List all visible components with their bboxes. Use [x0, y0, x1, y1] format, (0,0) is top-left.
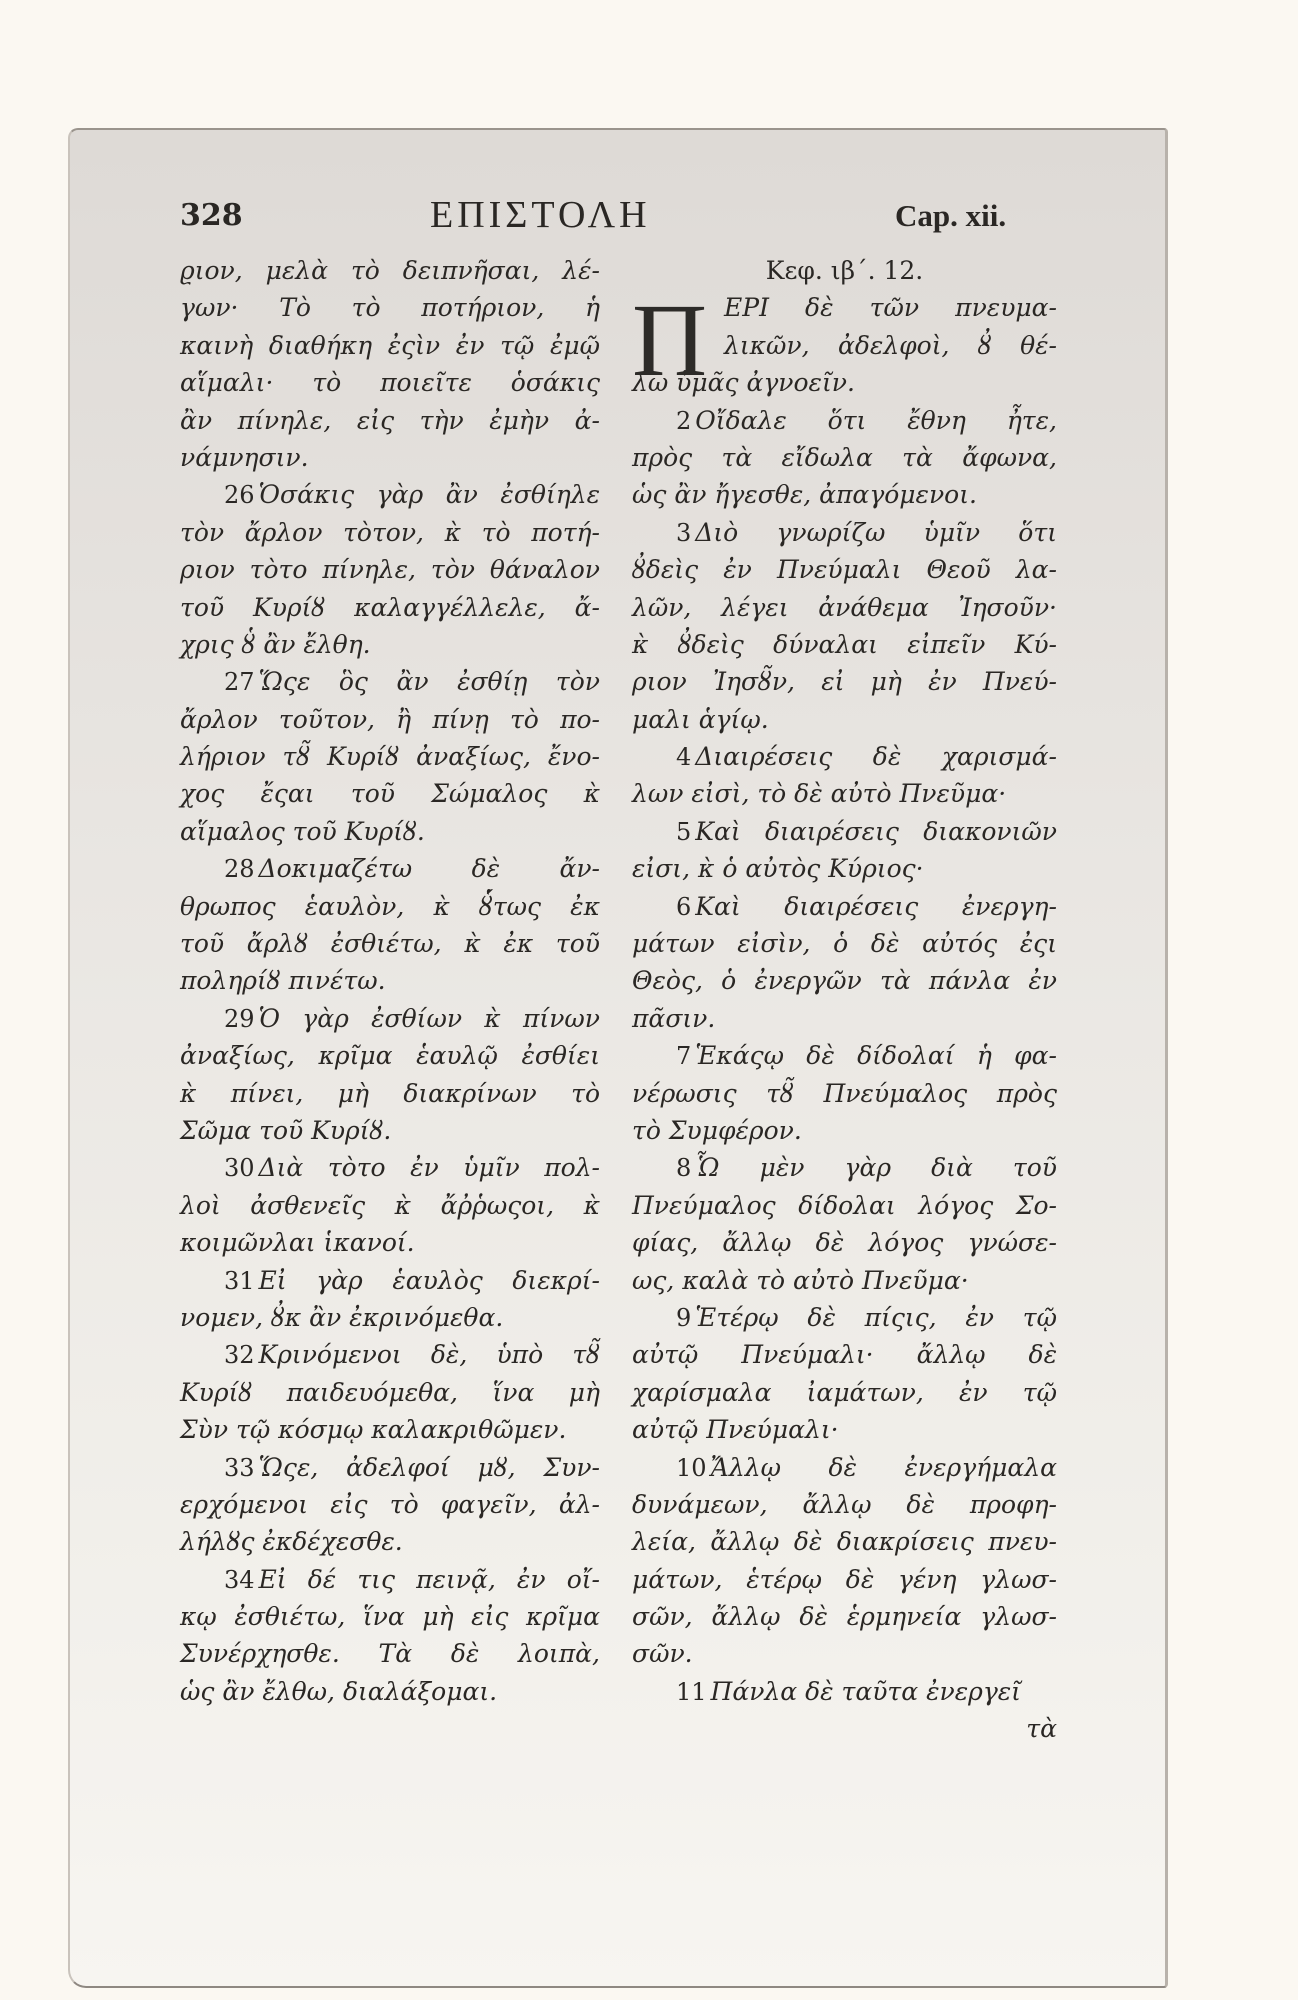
line-text: κ̀ πίνει, μὴ διακρίνων τὸ [180, 1079, 600, 1108]
line-text: Εἰ γὰρ ἑαυλὸς διεκρί- [259, 1266, 600, 1295]
line-text: λοὶ ἀσθενεῖς κ̀ ἄῤῥωςοι, κ̀ [180, 1191, 600, 1220]
line-text: ριον Ἰησȣ̃ν, εἰ μὴ ἐν Πνεύ- [632, 667, 1057, 696]
line-text: Εἰ δέ τις πεινᾷ, ἐν οἴ- [259, 1565, 600, 1594]
line-text: ἀναξίως, κρῖμα ἑαυλῷ ἐσθίει [180, 1041, 600, 1070]
line-text: καινὴ διαθήκη ἐςὶν ἐν τῷ ἐμῷ [180, 331, 600, 360]
text-line: εἰσι, κ̀ ὁ αὐτὸς Κύριος· [632, 850, 1057, 887]
verse-number: 28 [224, 855, 255, 883]
verse-number: 33 [224, 1454, 255, 1482]
line-text: κ̀ ȣ̓δεὶς δύναλαι εἰπεῖν Κύ- [632, 630, 1057, 659]
line-text: Δοκιμαζέτω δὲ ἄν- [259, 854, 600, 883]
line-text: τὸν ἄρλον τὸτον, κ̀ τὸ ποτή- [180, 518, 600, 547]
verse-number: 3 [676, 519, 691, 547]
line-text: λήλȣς ἐκδέχεσθε. [180, 1527, 403, 1556]
text-line: κ̀ ȣ̓δεὶς δύναλαι εἰπεῖν Κύ- [632, 626, 1057, 663]
line-text: Ὧ μὲν γὰρ διὰ τοῦ [695, 1153, 1057, 1182]
text-line: καινὴ διαθήκη ἐςὶν ἐν τῷ ἐμῷ [180, 327, 600, 364]
line-text: Ἑτέρῳ δὲ πίςις, ἐν τῷ [695, 1303, 1057, 1332]
line-text: τὸ Συμφέρον. [632, 1116, 802, 1145]
line-text: χαρίσμαλα ἰαμάτων, ἐν τῷ [632, 1378, 1057, 1407]
text-line: Πνεύμαλος δίδολαι λόγος Σο- [632, 1187, 1057, 1224]
text-line: ποληρίȣ πινέτω. [180, 962, 600, 999]
verse-number: 2 [676, 407, 691, 435]
line-text: Κυρίȣ παιδευόμεθα, ἵνα μὴ [180, 1378, 600, 1407]
line-text: πρὸς τὰ εἴδωλα τὰ ἄφωνα, [632, 443, 1057, 472]
line-text: Ὥςε, ἀδελφοί μȣ, Συν- [259, 1453, 600, 1482]
verse-line: 9Ἑτέρῳ δὲ πίςις, ἐν τῷ [632, 1299, 1057, 1336]
left-column: ϱιον, μελὰ τὸ δειπνῆσαι, λέ-γων· Τὸ τὸ π… [180, 252, 600, 1710]
line-text: Διὸ γνωρίζω ὑμῖν ὅτι [695, 518, 1057, 547]
text-line: ϱιον, μελὰ τὸ δειπνῆσαι, λέ- [180, 252, 600, 289]
right-column-lines: λω ὑμᾶς ἀγνοεῖν.2Οἴδαλε ὅτι ἔθνη ἦτε,πρὸ… [632, 364, 1057, 1710]
text-line: ως, καλὰ τὸ αὐτὸ Πνεῦμα· [632, 1262, 1057, 1299]
text-line: λήλȣς ἐκδέχεσθε. [180, 1523, 600, 1560]
line-text: ἂν πίνηλε, εἰς τὴν ἐμὴν ἀ- [180, 406, 600, 435]
verse-line: 3Διὸ γνωρίζω ὑμῖν ὅτι [632, 514, 1057, 551]
line-text: ὡς ἂν ἔλθω, διαλάξομαι. [180, 1677, 497, 1706]
line-text: θρωπος ἑαυλὸν, κ̀ ȣ̔́τως ἐκ [180, 892, 600, 921]
verse-line: 11Πάνλα δὲ ταῦτα ἐνεργεῖ [632, 1673, 1057, 1710]
verse-line: 7Ἑκάςῳ δὲ δίδολαί ἡ φα- [632, 1037, 1057, 1074]
line-text: Πάνλα δὲ ταῦτα ἐνεργεῖ [711, 1677, 1021, 1706]
text-line: λων εἰσὶ, τὸ δὲ αὐτὸ Πνεῦμα· [632, 775, 1057, 812]
line-text: εἰσι, κ̀ ὁ αὐτὸς Κύριος· [632, 854, 924, 883]
text-line: αὐτῷ Πνεύμαλι· [632, 1411, 1057, 1448]
page-number: 328 [180, 198, 243, 233]
text-line: ȣ̓δεὶς ἐν Πνεύμαλι Θεοῦ λα- [632, 551, 1057, 588]
drop-cap-block: Π ΕΡΙ δὲ τῶν πνευμα- λικῶν, ἀδελφοὶ, ȣ̓ … [632, 289, 1057, 364]
line-text: χος ἔςαι τοῦ Σώμαλος κ̀ [180, 779, 600, 808]
line-text: λῶν, λέγει ἀνάθεμα Ἰησοῦν· [632, 593, 1057, 622]
line-text: Διὰ τὸτο ἐν ὑμῖν πολ- [259, 1153, 600, 1182]
text-line: κ̀ πίνει, μὴ διακρίνων τὸ [180, 1075, 600, 1112]
text-line: νάμνησιν. [180, 439, 600, 476]
verse-line: 4Διαιρέσεις δὲ χαρισμά- [632, 738, 1057, 775]
verse-number: 6 [676, 893, 691, 921]
line-text: Ἑκάςῳ δὲ δίδολαί ἡ φα- [695, 1041, 1057, 1070]
verse-number: 4 [676, 743, 691, 771]
line-text: αἵμαλι· τὸ ποιεῖτε ὁσάκις [180, 368, 600, 397]
line-text: ϱιον, μελὰ τὸ δειπνῆσαι, λέ- [180, 256, 600, 285]
verse-line: 6Καὶ διαιρέσεις ἐνεργη- [632, 888, 1057, 925]
verse-line: 26Ὁσάκις γὰρ ἂν ἐσθίηλε [180, 476, 600, 513]
text-line: Σὺν τῷ κόσμῳ καλακριθῶμεν. [180, 1411, 600, 1448]
verse-number: 9 [676, 1304, 691, 1332]
line-text: Πνεύμαλος δίδολαι λόγος Σο- [632, 1191, 1057, 1220]
catchword: τὰ [632, 1710, 1057, 1747]
verse-number: 7 [676, 1042, 691, 1070]
line-text: Κρινόμενοι δὲ, ὑπὸ τȣ̃ [259, 1340, 600, 1369]
line-text: νέρωσις τȣ̃ Πνεύμαλος πρὸς [632, 1079, 1057, 1108]
text-line: Σῶμα τοῦ Κυρίȣ. [180, 1112, 600, 1149]
verse-line: 27Ὥςε ὃς ἂν ἐσθίῃ τὸν [180, 663, 600, 700]
text-line: μάτων εἰσὶν, ὁ δὲ αὐτός ἐςι [632, 925, 1057, 962]
text-line: λεία, ἄλλῳ δὲ διακρίσεις πνευ- [632, 1523, 1057, 1560]
text-line: τὸ Συμφέρον. [632, 1112, 1057, 1149]
text-line: λῶν, λέγει ἀνάθεμα Ἰησοῦν· [632, 589, 1057, 626]
line-text: ὡς ἂν ἤγεσθε, ἀπαγόμενοι. [632, 480, 977, 509]
verse-number: 34 [224, 1566, 255, 1594]
line-text: Ἄλλῳ δὲ ἐνεργήμαλα [711, 1453, 1057, 1482]
verse-line: 5Καὶ διαιρέσεις διακονιῶν [632, 813, 1057, 850]
verse-number: 32 [224, 1341, 255, 1369]
text-line: φίας, ἄλλῳ δὲ λόγος γνώσε- [632, 1224, 1057, 1261]
verse-number: 29 [224, 1005, 255, 1033]
line-text: σῶν, ἄλλῳ δὲ ἑρμηνεία γλωσ- [632, 1602, 1057, 1631]
verse-number: 11 [676, 1678, 707, 1706]
line-text: Ὥςε ὃς ἂν ἐσθίῃ τὸν [259, 667, 600, 696]
line-text: σῶν. [632, 1639, 693, 1668]
text-line: ὡς ἂν ἤγεσθε, ἀπαγόμενοι. [632, 476, 1057, 513]
line-text: λων εἰσὶ, τὸ δὲ αὐτὸ Πνεῦμα· [632, 779, 1006, 808]
line-text: μαλι ἁγίῳ. [632, 705, 769, 734]
text-line: μάτων, ἑτέρῳ δὲ γένη γλωσ- [632, 1561, 1057, 1598]
text-line: αἵμαλι· τὸ ποιεῖτε ὁσάκις [180, 364, 600, 401]
text-line: νέρωσις τȣ̃ Πνεύμαλος πρὸς [632, 1075, 1057, 1112]
line-text: κοιμῶνλαι ἱκανοί. [180, 1228, 415, 1257]
text-line: ἀναξίως, κρῖμα ἑαυλῷ ἐσθίει [180, 1037, 600, 1074]
text-line: νομεν, ȣ̓κ ἂν ἐκρινόμεθα. [180, 1299, 600, 1336]
running-title: ΕΠΙΣΤΟΛΗ [430, 193, 651, 237]
line-text: χρις ȣ̔ ἂν ἔλθη. [180, 630, 371, 659]
chapter-label: Cap. xii. [895, 198, 1006, 234]
text-line: πᾶσιν. [632, 1000, 1057, 1037]
text-line: σῶν, ἄλλῳ δὲ ἑρμηνεία γλωσ- [632, 1598, 1057, 1635]
text-line: Θεὸς, ὁ ἐνεργῶν τὰ πάνλα ἐν [632, 962, 1057, 999]
line-text: νομεν, ȣ̓κ ἂν ἐκρινόμεθα. [180, 1303, 503, 1332]
text-line: χρις ȣ̔ ἂν ἔλθη. [180, 626, 600, 663]
verse-line: 2Οἴδαλε ὅτι ἔθνη ἦτε, [632, 402, 1057, 439]
verse-line: 34Εἰ δέ τις πεινᾷ, ἐν οἴ- [180, 1561, 600, 1598]
verse-line: 8Ὧ μὲν γὰρ διὰ τοῦ [632, 1149, 1057, 1186]
text-line: δυνάμεων, ἄλλῳ δὲ προφη- [632, 1486, 1057, 1523]
line-text: ȣ̓δεὶς ἐν Πνεύμαλι Θεοῦ λα- [632, 555, 1057, 584]
line-text: δυνάμεων, ἄλλῳ δὲ προφη- [632, 1490, 1057, 1519]
text-line: χος ἔςαι τοῦ Σώμαλος κ̀ [180, 775, 600, 812]
line-text: Θεὸς, ὁ ἐνεργῶν τὰ πάνλα ἐν [632, 966, 1057, 995]
text-line: κοιμῶνλαι ἱκανοί. [180, 1224, 600, 1261]
text-line: σῶν. [632, 1635, 1057, 1672]
text-line: λοὶ ἀσθενεῖς κ̀ ἄῤῥωςοι, κ̀ [180, 1187, 600, 1224]
line-text: Ὁ γὰρ ἐσθίων κ̀ πίνων [259, 1004, 600, 1033]
text-line: αὐτῷ Πνεύμαλι· ἄλλῳ δὲ [632, 1336, 1057, 1373]
text-line: ἂν πίνηλε, εἰς τὴν ἐμὴν ἀ- [180, 402, 600, 439]
line-text: αὐτῷ Πνεύμαλι· [632, 1415, 839, 1444]
text-line: κῳ ἐσθιέτω, ἵνα μὴ εἰς κρῖμα [180, 1598, 600, 1635]
line-text: ἄρλον τοῦτον, ἢ πίνῃ τὸ πο- [180, 705, 600, 734]
text-line: μαλι ἁγίῳ. [632, 701, 1057, 738]
text-line: ριον τὸτο πίνηλε, τὸν θάναλον [180, 551, 600, 588]
line-text: αὐτῷ Πνεύμαλι· ἄλλῳ δὲ [632, 1340, 1057, 1369]
text-line: ὡς ἂν ἔλθω, διαλάξομαι. [180, 1673, 600, 1710]
verse-number: 31 [224, 1267, 255, 1295]
verse-line: 32Κρινόμενοι δὲ, ὑπὸ τȣ̃ [180, 1336, 600, 1373]
text-line: Συνέρχησθε. Τὰ δὲ λοιπὰ, [180, 1635, 600, 1672]
text-line: πρὸς τὰ εἴδωλα τὰ ἄφωνα, [632, 439, 1057, 476]
verse-line: 30Διὰ τὸτο ἐν ὑμῖν πολ- [180, 1149, 600, 1186]
line-text: ως, καλὰ τὸ αὐτὸ Πνεῦμα· [632, 1266, 969, 1295]
text-line: Κυρίȣ παιδευόμεθα, ἵνα μὴ [180, 1374, 600, 1411]
verse-number: 10 [676, 1454, 707, 1482]
verse-line: 10Ἄλλῳ δὲ ἐνεργήμαλα [632, 1449, 1057, 1486]
line-text: νάμνησιν. [180, 443, 309, 472]
line-text: ποληρίȣ πινέτω. [180, 966, 386, 995]
line-text: τοῦ Κυρίȣ καλαγγέλλελε, ἄ- [180, 593, 600, 622]
verse-line: 29Ὁ γὰρ ἐσθίων κ̀ πίνων [180, 1000, 600, 1037]
line-text: Καὶ διαιρέσεις ἐνεργη- [695, 892, 1057, 921]
text-line: τοῦ Κυρίȣ καλαγγέλλελε, ἄ- [180, 589, 600, 626]
line-text: λεία, ἄλλῳ δὲ διακρίσεις πνευ- [632, 1527, 1057, 1556]
text-line: λήριον τȣ̃ Κυρίȣ ἀναξίως, ἔνο- [180, 738, 600, 775]
line-text: Καὶ διαιρέσεις διακονιῶν [695, 817, 1057, 846]
line-text: μάτων, ἑτέρῳ δὲ γένη γλωσ- [632, 1565, 1057, 1594]
text-line: χαρίσμαλα ἰαμάτων, ἐν τῷ [632, 1374, 1057, 1411]
line-text: Σῶμα τοῦ Κυρίȣ. [180, 1116, 391, 1145]
verse-number: 8 [676, 1154, 691, 1182]
line-text: Διαιρέσεις δὲ χαρισμά- [695, 742, 1057, 771]
verse-number: 5 [676, 818, 691, 846]
line-text: Ὁσάκις γὰρ ἂν ἐσθίηλε [259, 480, 600, 509]
verse-number: 30 [224, 1154, 255, 1182]
line-text: πᾶσιν. [632, 1004, 715, 1033]
line-text: λήριον τȣ̃ Κυρίȣ ἀναξίως, ἔνο- [180, 742, 600, 771]
line-text: αἵμαλος τοῦ Κυρίȣ. [180, 817, 425, 846]
verse-number: 26 [224, 481, 255, 509]
line-text: φίας, ἄλλῳ δὲ λόγος γνώσε- [632, 1228, 1057, 1257]
text-line: ριον Ἰησȣ̃ν, εἰ μὴ ἐν Πνεύ- [632, 663, 1057, 700]
line-text: Οἴδαλε ὅτι ἔθνη ἦτε, [695, 406, 1057, 435]
text-line: θρωπος ἑαυλὸν, κ̀ ȣ̔́τως ἐκ [180, 888, 600, 925]
verse-line: 31Εἰ γὰρ ἑαυλὸς διεκρί- [180, 1262, 600, 1299]
right-column: Κεφ. ιβ΄. 12. Π ΕΡΙ δὲ τῶν πνευμα- λικῶν… [632, 252, 1057, 1748]
line-text: Σὺν τῷ κόσμῳ καλακριθῶμεν. [180, 1415, 566, 1444]
text-line: αἵμαλος τοῦ Κυρίȣ. [180, 813, 600, 850]
text-line: ἄρλον τοῦτον, ἢ πίνῃ τὸ πο- [180, 701, 600, 738]
line-text: ερχόμενοι εἰς τὸ φαγεῖν, ἀλ- [180, 1490, 600, 1519]
verse-line: 28Δοκιμαζέτω δὲ ἄν- [180, 850, 600, 887]
line-text: Συνέρχησθε. Τὰ δὲ λοιπὰ, [180, 1639, 600, 1668]
text-line: τὸν ἄρλον τὸτον, κ̀ τὸ ποτή- [180, 514, 600, 551]
text-line: γων· Τὸ τὸ ποτήριον, ἡ [180, 289, 600, 326]
drop-cap: Π [632, 293, 707, 389]
verse-number: 27 [224, 668, 255, 696]
text-line: τοῦ ἄρλȣ ἐσθιέτω, κ̀ ἐκ τοῦ [180, 925, 600, 962]
text-line: ερχόμενοι εἰς τὸ φαγεῖν, ἀλ- [180, 1486, 600, 1523]
verse-line: 33Ὥςε, ἀδελφοί μȣ, Συν- [180, 1449, 600, 1486]
line-text: κῳ ἐσθιέτω, ἵνα μὴ εἰς κρῖμα [180, 1602, 600, 1631]
line-text: μάτων εἰσὶν, ὁ δὲ αὐτός ἐςι [632, 929, 1057, 958]
line-text: γων· Τὸ τὸ ποτήριον, ἡ [180, 293, 600, 322]
line-text: ριον τὸτο πίνηλε, τὸν θάναλον [180, 555, 600, 584]
line-text: τοῦ ἄρλȣ ἐσθιέτω, κ̀ ἐκ τοῦ [180, 929, 600, 958]
